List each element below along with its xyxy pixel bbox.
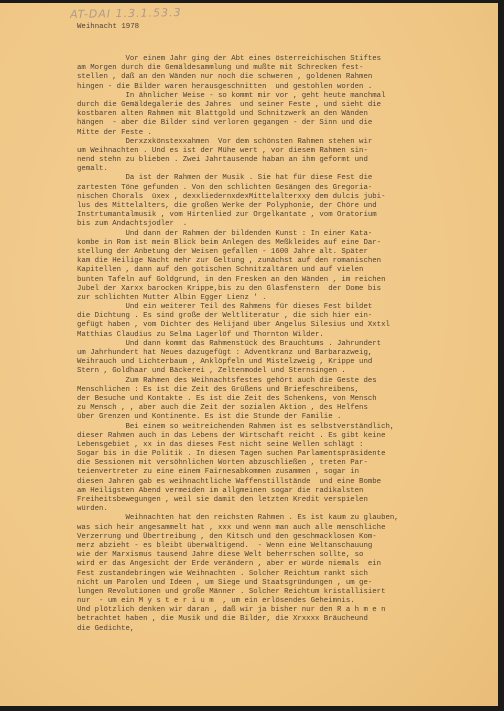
text-line: was sich heir angesammelt hat , xxx und … [77,524,497,533]
text-line: lungen Revolutionen und große Männer . S… [77,588,497,597]
text-line: um Weihnachten . Und es ist der Mühe wer… [77,147,497,156]
text-line: Menschlichen : Es ist die Zeit des Grüße… [77,386,497,395]
text-line: merz abzieht - es bleibt überwältigend. … [77,542,497,551]
text-line: lus des Mittelalters, die großen Werke d… [77,202,497,211]
typewritten-page: AT-DAI 1.3.1.53.3 Weihnacht 1978 Vor ein… [0,3,498,706]
text-line: bunten Tafeln auf Goldgrund, in den Fres… [77,276,497,285]
text-line: hängen - aber die Bilder sind verloren g… [77,119,497,128]
text-line: nur - um ein M y s t e r i u m , um ein … [77,597,497,606]
text-line: nicht um Parolen und Ideen , um Siege un… [77,579,497,588]
text-line: Bei einem so weitreichenden Rahmen ist e… [77,423,497,432]
text-line: Matthias Claudius zu Selma Lagerlöf und … [77,331,497,340]
text-line: über Grenzen und Kontinente. Es ist die … [77,413,497,422]
text-line: gemalt. [77,165,497,174]
text-line: bis zum Andachtsjodler . [77,220,497,229]
text-line: würden. [77,505,497,514]
text-line: der Besuche und Kontakte . Es ist die Ze… [77,395,497,404]
text-line: Da ist der Rahmen der Musik . Sie hat fü… [77,174,497,183]
text-line: Derxzxkönstexxahmen Vor dem schönsten Ra… [77,138,497,147]
text-line: In ähnlicher Weise - so kommt mir vor , … [77,92,497,101]
text-line: dieser Rahmen auch in das Lebens der Wir… [77,432,497,441]
text-line: Stern , Goldhaar und Bäckerei , Zeltenmo… [77,367,497,376]
text-line: Vor einem Jahr ging der Abt eines österr… [77,55,497,64]
text-line: stellung der Anbetung der Weisen gefalle… [77,248,497,257]
text-line: stellen , daß an den Wänden nur noch die… [77,73,497,82]
text-line: Fest zustandebringen wie Weihnachten . S… [77,570,497,579]
text-line: kam die Heilige Nacht mehr zur Geltung ,… [77,257,497,266]
text-line: Und dann kommt das Rahmenstück des Brauc… [77,340,497,349]
text-line: Und plötzlich denken wir daran , daß wir… [77,606,497,615]
text-line: Lebensgebiet , xx in das dieses Fest nic… [77,441,497,450]
text-line: Sogar bis in die Politik . In diesen Tag… [77,450,497,459]
text-line: am Heiligsten Abend vermeiden im allgmei… [77,487,497,496]
text-line: Und ein weiterer Teil des Rahmens für di… [77,303,497,312]
text-line: zu Mensch , , aber auch die Zeit der soz… [77,404,497,413]
text-line: Und dann der Rahmen der bildenden Kunst … [77,230,497,239]
text-line: Freiheitsbewegungen , weil sie damit den… [77,496,497,505]
text-line: Instrtumantalmusik , vom Hirtenlied zur … [77,211,497,220]
text-line: wie der Marxismus tausend Jahre diese We… [77,551,497,560]
text-line: Jubel der Xarxx barocken Krippe,bis zu d… [77,285,497,294]
archive-signature: AT-DAI 1.3.1.53.3 [70,6,182,21]
text-line: diesen Jahren gab es weihnachtliche Waff… [77,478,497,487]
text-line: wird er das Angesicht der Erde verändern… [77,560,497,569]
text-line: nend stehn zu blieben . Zwei Jahrtausend… [77,156,497,165]
text-line: durch die Gemäldegalerie des Jahres und … [77,101,497,110]
text-line: zur schlichten Mutter Albin Egger Lienz … [77,294,497,303]
text-line: Weihrauch und Lichterbaum , Anklöpfeln u… [77,358,497,367]
text-line: Weihnachten hat den reichsten Rahmen . E… [77,514,497,523]
text-line: kostbaren alten Rahmen mit Blattgold und… [77,110,497,119]
text-line: gefügt haben , vom Dichter des Helijand … [77,321,497,330]
text-line: hingen - die Bilder waren herausgeschnit… [77,83,497,92]
text-line: kombe in Rom ist mein Blick beim Anlegen… [77,239,497,248]
text-line: nischen Chorals üxex , dexxliedernxdexMi… [77,193,497,202]
document-body: Vor einem Jahr ging der Abt eines österr… [77,55,497,634]
text-line: Kapitellen , dann auf den gotischen Schn… [77,266,497,275]
document-title: Weihnacht 1978 [77,23,139,31]
text-line: teienvertreter zu eine einem Fairnesabko… [77,468,497,477]
text-line: Verzerrung und Übertreibung , den Kitsch… [77,533,497,542]
text-line: die Gedichte, [77,625,497,634]
text-line: Mitte der Feste . [77,129,497,138]
text-line: Zum Rahmen des Weihnachtsfestes gehört a… [77,377,497,386]
text-line: betrachtet haben , die Musik und die Bil… [77,615,497,624]
text-line: zartesten Töne gefunden . Von den schlic… [77,184,497,193]
text-line: die Sessionen mit versöhnlichen Worten a… [77,459,497,468]
text-line: die Dichtung . Es sind große der Weltlit… [77,312,497,321]
text-line: am Morgen durch die Gemäldesammlung und … [77,64,497,73]
text-line: um Jahrhundert hat Neues dazugefügt : Ad… [77,349,497,358]
